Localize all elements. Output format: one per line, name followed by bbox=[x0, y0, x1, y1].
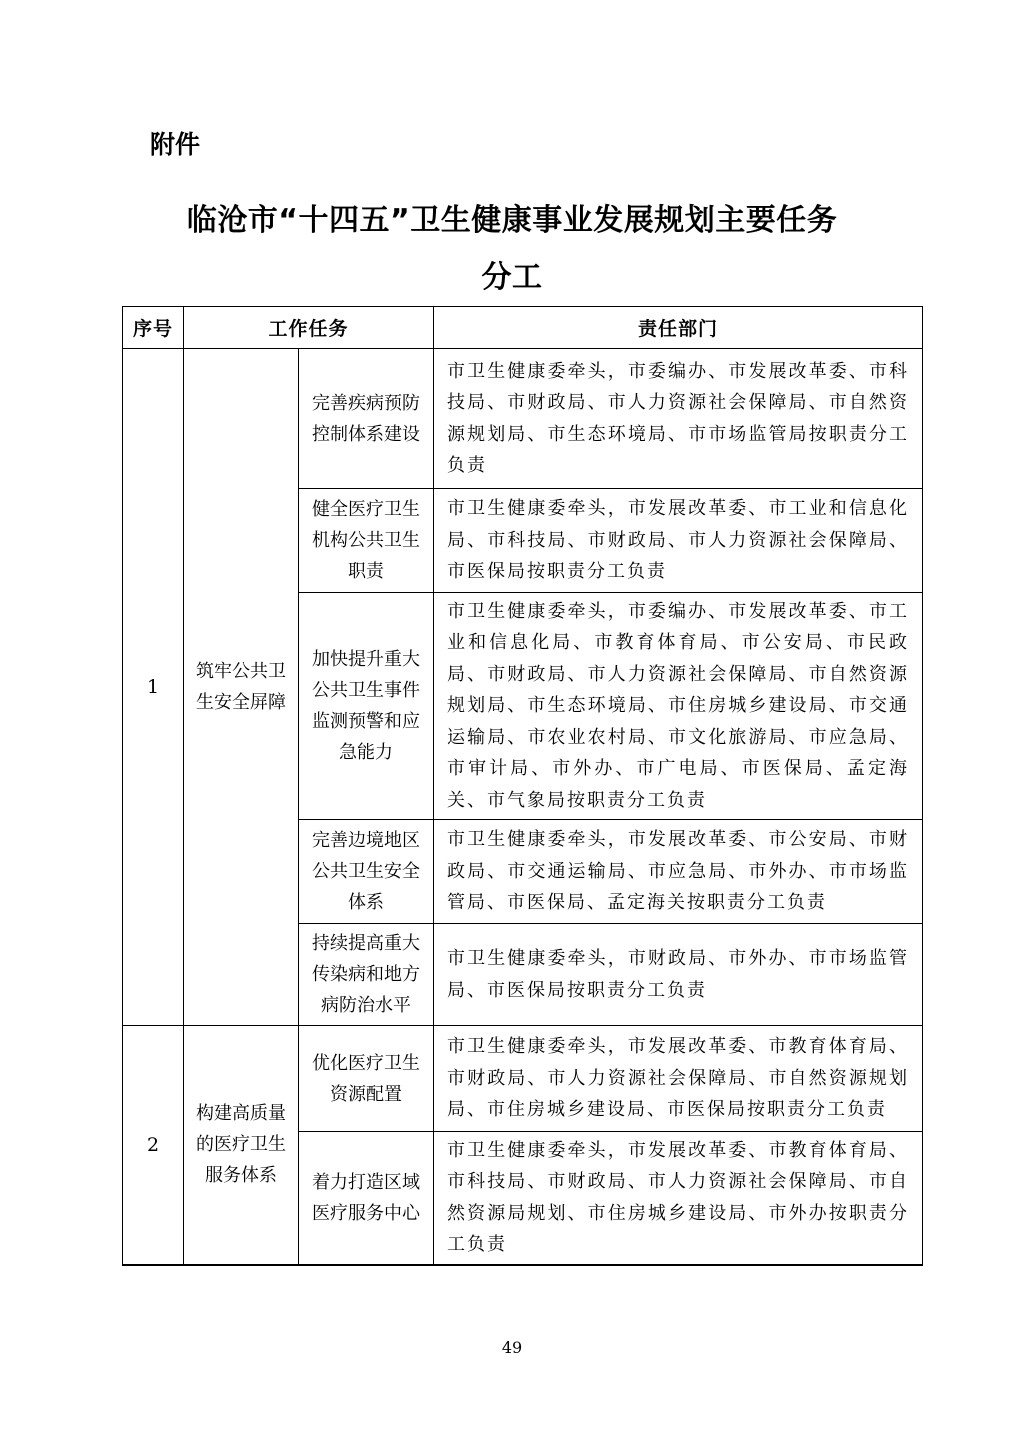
task-assignment-table: 序号 工作任务 责任部门 1 筑牢公共卫生安全屏障 完善疾病预防控制体系建设 市… bbox=[122, 306, 923, 1266]
attachment-label: 附件 bbox=[150, 130, 1024, 160]
department-cell: 市卫生健康委牵头，市委编办、市发展改革委、市工业和信息化局、市教育体育局、市公安… bbox=[434, 593, 923, 820]
document-title: 临沧市“十四五”卫生健康事业发展规划主要任务分工 bbox=[172, 192, 852, 306]
task-cell: 持续提高重大传染病和地方病防治水平 bbox=[299, 924, 434, 1026]
header-task: 工作任务 bbox=[184, 307, 434, 349]
group1-index: 1 bbox=[123, 349, 184, 1026]
department-cell: 市卫生健康委牵头，市财政局、市外办、市市场监管局、市医保局按职责分工负责 bbox=[434, 924, 923, 1026]
group1-name: 筑牢公共卫生安全屏障 bbox=[184, 349, 299, 1026]
department-cell: 市卫生健康委牵头，市发展改革委、市公安局、市财政局、市交通运输局、市应急局、市外… bbox=[434, 820, 923, 924]
table-header-row: 序号 工作任务 责任部门 bbox=[123, 307, 923, 349]
header-department: 责任部门 bbox=[434, 307, 923, 349]
department-cell: 市卫生健康委牵头，市发展改革委、市工业和信息化局、市科技局、市财政局、市人力资源… bbox=[434, 489, 923, 593]
task-cell: 完善疾病预防控制体系建设 bbox=[299, 349, 434, 489]
department-cell: 市卫生健康委牵头，市发展改革委、市教育体育局、市财政局、市人力资源社会保障局、市… bbox=[434, 1026, 923, 1132]
task-cell: 着力打造区域医疗服务中心 bbox=[299, 1132, 434, 1265]
page-number: 49 bbox=[0, 1338, 1024, 1357]
task-cell: 优化医疗卫生资源配置 bbox=[299, 1026, 434, 1132]
task-cell: 完善边境地区公共卫生安全体系 bbox=[299, 820, 434, 924]
department-cell: 市卫生健康委牵头，市发展改革委、市教育体育局、市科技局、市财政局、市人力资源社会… bbox=[434, 1132, 923, 1265]
department-cell: 市卫生健康委牵头，市委编办、市发展改革委、市科技局、市财政局、市人力资源社会保障… bbox=[434, 349, 923, 489]
table-row: 1 筑牢公共卫生安全屏障 完善疾病预防控制体系建设 市卫生健康委牵头，市委编办、… bbox=[123, 349, 923, 489]
task-cell: 健全医疗卫生机构公共卫生职责 bbox=[299, 489, 434, 593]
group2-name: 构建高质量的医疗卫生服务体系 bbox=[184, 1026, 299, 1265]
header-index: 序号 bbox=[123, 307, 184, 349]
table-row: 2 构建高质量的医疗卫生服务体系 优化医疗卫生资源配置 市卫生健康委牵头，市发展… bbox=[123, 1026, 923, 1132]
group2-index: 2 bbox=[123, 1026, 184, 1265]
task-cell: 加快提升重大公共卫生事件监测预警和应急能力 bbox=[299, 593, 434, 820]
